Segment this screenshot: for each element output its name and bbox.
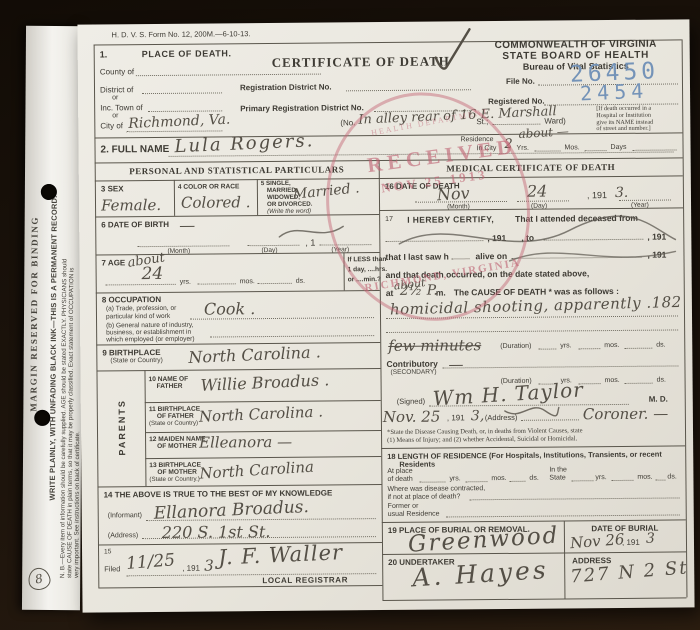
birthplace-sub: (State or Country) <box>110 357 162 365</box>
residence-days-label: Days <box>611 144 627 151</box>
mother-name-label-2: OF MOTHER <box>157 443 197 451</box>
sex-label: 3 SEX <box>101 184 124 193</box>
mother-bp-sub: (State or Country.) <box>149 477 199 484</box>
father-name-label-2: FATHER <box>157 383 183 390</box>
duration-label: (Duration) <box>500 343 531 350</box>
age-mos-label: mos. <box>240 278 255 285</box>
reg-district-line <box>346 89 471 91</box>
father-bp-sub: (State or Country) <box>149 421 198 428</box>
former-residence-2: usual Residence <box>388 511 440 518</box>
contributory-label: Contributory <box>386 359 438 369</box>
county-label: County of <box>100 67 134 76</box>
at-place-label-1: At place <box>387 468 412 475</box>
filed-year-prefix: , 191 <box>182 564 200 573</box>
duration2-ds: ds. <box>657 377 666 384</box>
age-yrs-line <box>106 284 176 286</box>
father-name-value: Willie Broadus . <box>200 370 329 395</box>
burial-year-prefix: , 191 <box>622 538 640 547</box>
age-yrs-label: yrs. <box>180 279 191 286</box>
age-value: 24 <box>142 264 164 284</box>
res-dots-2 <box>465 481 487 482</box>
res-ds-1: ds. <box>529 475 538 482</box>
duration-dots-3 <box>624 348 652 349</box>
res-dots-4 <box>571 480 593 481</box>
right-column-bottom-border <box>382 597 686 601</box>
res-ds-2: ds. <box>667 473 676 480</box>
birthplace-value: North Carolina . <box>188 342 321 367</box>
md-label: M. D. <box>649 395 668 404</box>
duration-mos: mos. <box>604 342 619 349</box>
margin-plainly-text: WRITE PLAINLY, WITH UNFADING BLACK INK—T… <box>47 118 59 578</box>
occupation-a1: (a) Trade, profession, or <box>106 305 176 313</box>
hospital-note-4: of street and number.] <box>596 126 653 133</box>
res-yrs-2: yrs. <box>595 474 606 481</box>
parents-label: PARENTS <box>117 398 128 456</box>
inc-town-label: Inc. Town of <box>100 103 143 112</box>
rule-below-residence <box>382 519 686 523</box>
res-dots-3 <box>509 481 525 482</box>
res-yrs-1: yrs. <box>449 475 460 482</box>
in-the-label-2: State <box>549 474 565 481</box>
coroner-value: Coroner. — <box>583 405 668 424</box>
city-label: City of <box>100 121 123 130</box>
form-number: H. D. V. S. Form No. 12, 200M.—6-10-13. <box>111 29 250 39</box>
filed-year-digit: 3 <box>204 557 214 575</box>
age-ds-line <box>258 283 292 284</box>
left-column-bottom-border <box>98 585 382 588</box>
former-line <box>446 514 680 517</box>
footnote-2: (1) Means of Injury; and (2) whether Acc… <box>387 435 577 444</box>
occupation-value: Cook . <box>204 299 256 318</box>
burial-year-digit: 3 <box>646 531 655 547</box>
occupation-label: 8 OCCUPATION <box>102 295 161 305</box>
where-contracted-2: if not at place of death? <box>388 493 461 501</box>
informant-label: (Informant) <box>108 512 142 519</box>
occupation-b-line <box>210 335 374 337</box>
dob-value: — <box>179 216 195 235</box>
district-line <box>142 92 222 94</box>
city-line <box>126 130 222 132</box>
burial-date-label: DATE OF BURIAL <box>568 523 682 533</box>
city-value: Richmond, Va. <box>128 112 231 132</box>
signed-year-prefix: , 191 <box>447 413 465 422</box>
dob-year-prefix: , 1 <box>305 238 315 248</box>
duration-dots-1 <box>538 349 556 350</box>
ward-about-note: about — <box>518 124 569 141</box>
filed-label: Filed <box>104 564 120 573</box>
rule-below-mother <box>145 456 381 459</box>
res-mos-1: mos. <box>491 475 506 482</box>
duration-yrs: yrs. <box>560 342 571 349</box>
filed-section-number: 15 <box>104 548 111 555</box>
death-certificate: H. D. V. S. Form No. 12, 200M.—6-10-13. … <box>77 19 694 612</box>
occupation-a2: particular kind of work <box>106 313 170 321</box>
cause-line-2 <box>386 329 678 333</box>
color-race-value: Colored . <box>181 193 251 212</box>
form-left-border <box>94 45 100 588</box>
dod-year-prefix: , 191 <box>587 190 607 200</box>
fullname-value: Lula Rogers. <box>174 130 315 157</box>
duration-ds: ds. <box>656 342 665 349</box>
color-marital-divider <box>257 179 258 215</box>
where-line <box>470 497 680 500</box>
residence-dots-2 <box>585 150 607 151</box>
hospital-note: [If death occurred in a Hospital or Inst… <box>596 106 653 134</box>
informant-address-label: (Address) <box>108 532 138 539</box>
place-of-death-title: PLACE OF DEATH. <box>142 48 232 59</box>
father-bp-value: North Carolina . <box>199 402 324 425</box>
local-registrar-label: LOCAL REGISTRAR <box>262 575 348 585</box>
informant-address-value: 220 S. 1st St. <box>162 522 271 542</box>
rule-below-birthplace <box>96 368 380 371</box>
mother-name-value: Elleanora — <box>199 433 292 452</box>
duration2-dots-3 <box>625 383 653 384</box>
at-place-label-2: of death <box>387 476 412 483</box>
occupation-b3: which employed (or employer) <box>106 336 194 344</box>
burial-date-value: Nov 26 <box>569 530 625 552</box>
duration2-mos: mos. <box>605 377 620 384</box>
sex-color-divider <box>174 180 175 216</box>
residence-mos-label: Mos. <box>565 144 580 151</box>
contributory-line <box>442 365 678 368</box>
checkmark-icon <box>429 25 473 77</box>
ward-line <box>492 124 540 125</box>
occupation-a-line <box>190 317 374 320</box>
signed-year-digit: 3, <box>471 408 484 424</box>
age-mos-line <box>198 283 236 284</box>
fullname-label: 2. FULL NAME <box>100 144 169 156</box>
burial-divider <box>564 520 566 598</box>
former-residence-1: Former or <box>388 503 419 510</box>
res-mos-2: mos. <box>637 474 652 481</box>
or-1: or <box>112 94 118 101</box>
age-label: 7 AGE <box>101 258 125 267</box>
margin-binding-text: MARGIN RESERVED FOR BINDING <box>28 194 40 434</box>
county-line <box>136 74 321 77</box>
signed-address-line <box>521 419 579 421</box>
parents-inner-border <box>144 370 146 486</box>
registrar-signature: J. F. Waller <box>218 540 344 569</box>
sex-value: Female. <box>101 196 161 215</box>
duration-dots-2 <box>578 348 600 349</box>
mother-bp-value: North Carolina <box>199 458 314 483</box>
primary-reg-label: Primary Registration District No. <box>240 103 364 113</box>
res-dots-5 <box>611 480 633 481</box>
residence-yrs-label: Yrs. <box>517 145 530 152</box>
dod-day-value: 24 <box>527 182 548 201</box>
section-1-number: 1. <box>100 49 108 59</box>
signed-label: (Signed) <box>397 397 425 406</box>
binding-strip: MARGIN RESERVED FOR BINDING WRITE PLAINL… <box>22 26 84 610</box>
reg-district-label: Registration District No. <box>240 82 332 92</box>
age-ds-label: ds. <box>296 278 305 285</box>
signed-address-label: (Address) <box>485 413 518 422</box>
dod-year-digit: 3. <box>615 185 628 201</box>
filed-date-value: 11/25 <box>125 550 175 574</box>
res-dots-1 <box>419 481 445 482</box>
signed-date-value: Nov. 25 <box>383 408 441 427</box>
res-dots-6 <box>655 480 665 481</box>
contributory-value: — <box>448 355 463 373</box>
rule-below-father <box>145 400 381 403</box>
registered-no-stamp: 2454 <box>580 79 649 106</box>
or-2: or <box>112 112 118 119</box>
secondary-label: (SECONDARY) <box>390 369 436 377</box>
in-the-label-1: In the <box>549 466 567 473</box>
file-no-label: File No. <box>506 77 535 86</box>
district-label: District of <box>100 85 133 94</box>
rule-below-certify <box>381 445 685 449</box>
form-right-border <box>682 39 688 597</box>
where-contracted-1: Where was disease contracted, <box>387 485 485 493</box>
rule-below-parents <box>97 484 381 487</box>
duration-value: few minutes <box>388 336 481 355</box>
color-race-label: 4 COLOR OR RACE <box>178 183 240 191</box>
rule-below-age <box>96 290 380 293</box>
dob-label: 6 DATE OF BIRTH <box>101 220 169 230</box>
